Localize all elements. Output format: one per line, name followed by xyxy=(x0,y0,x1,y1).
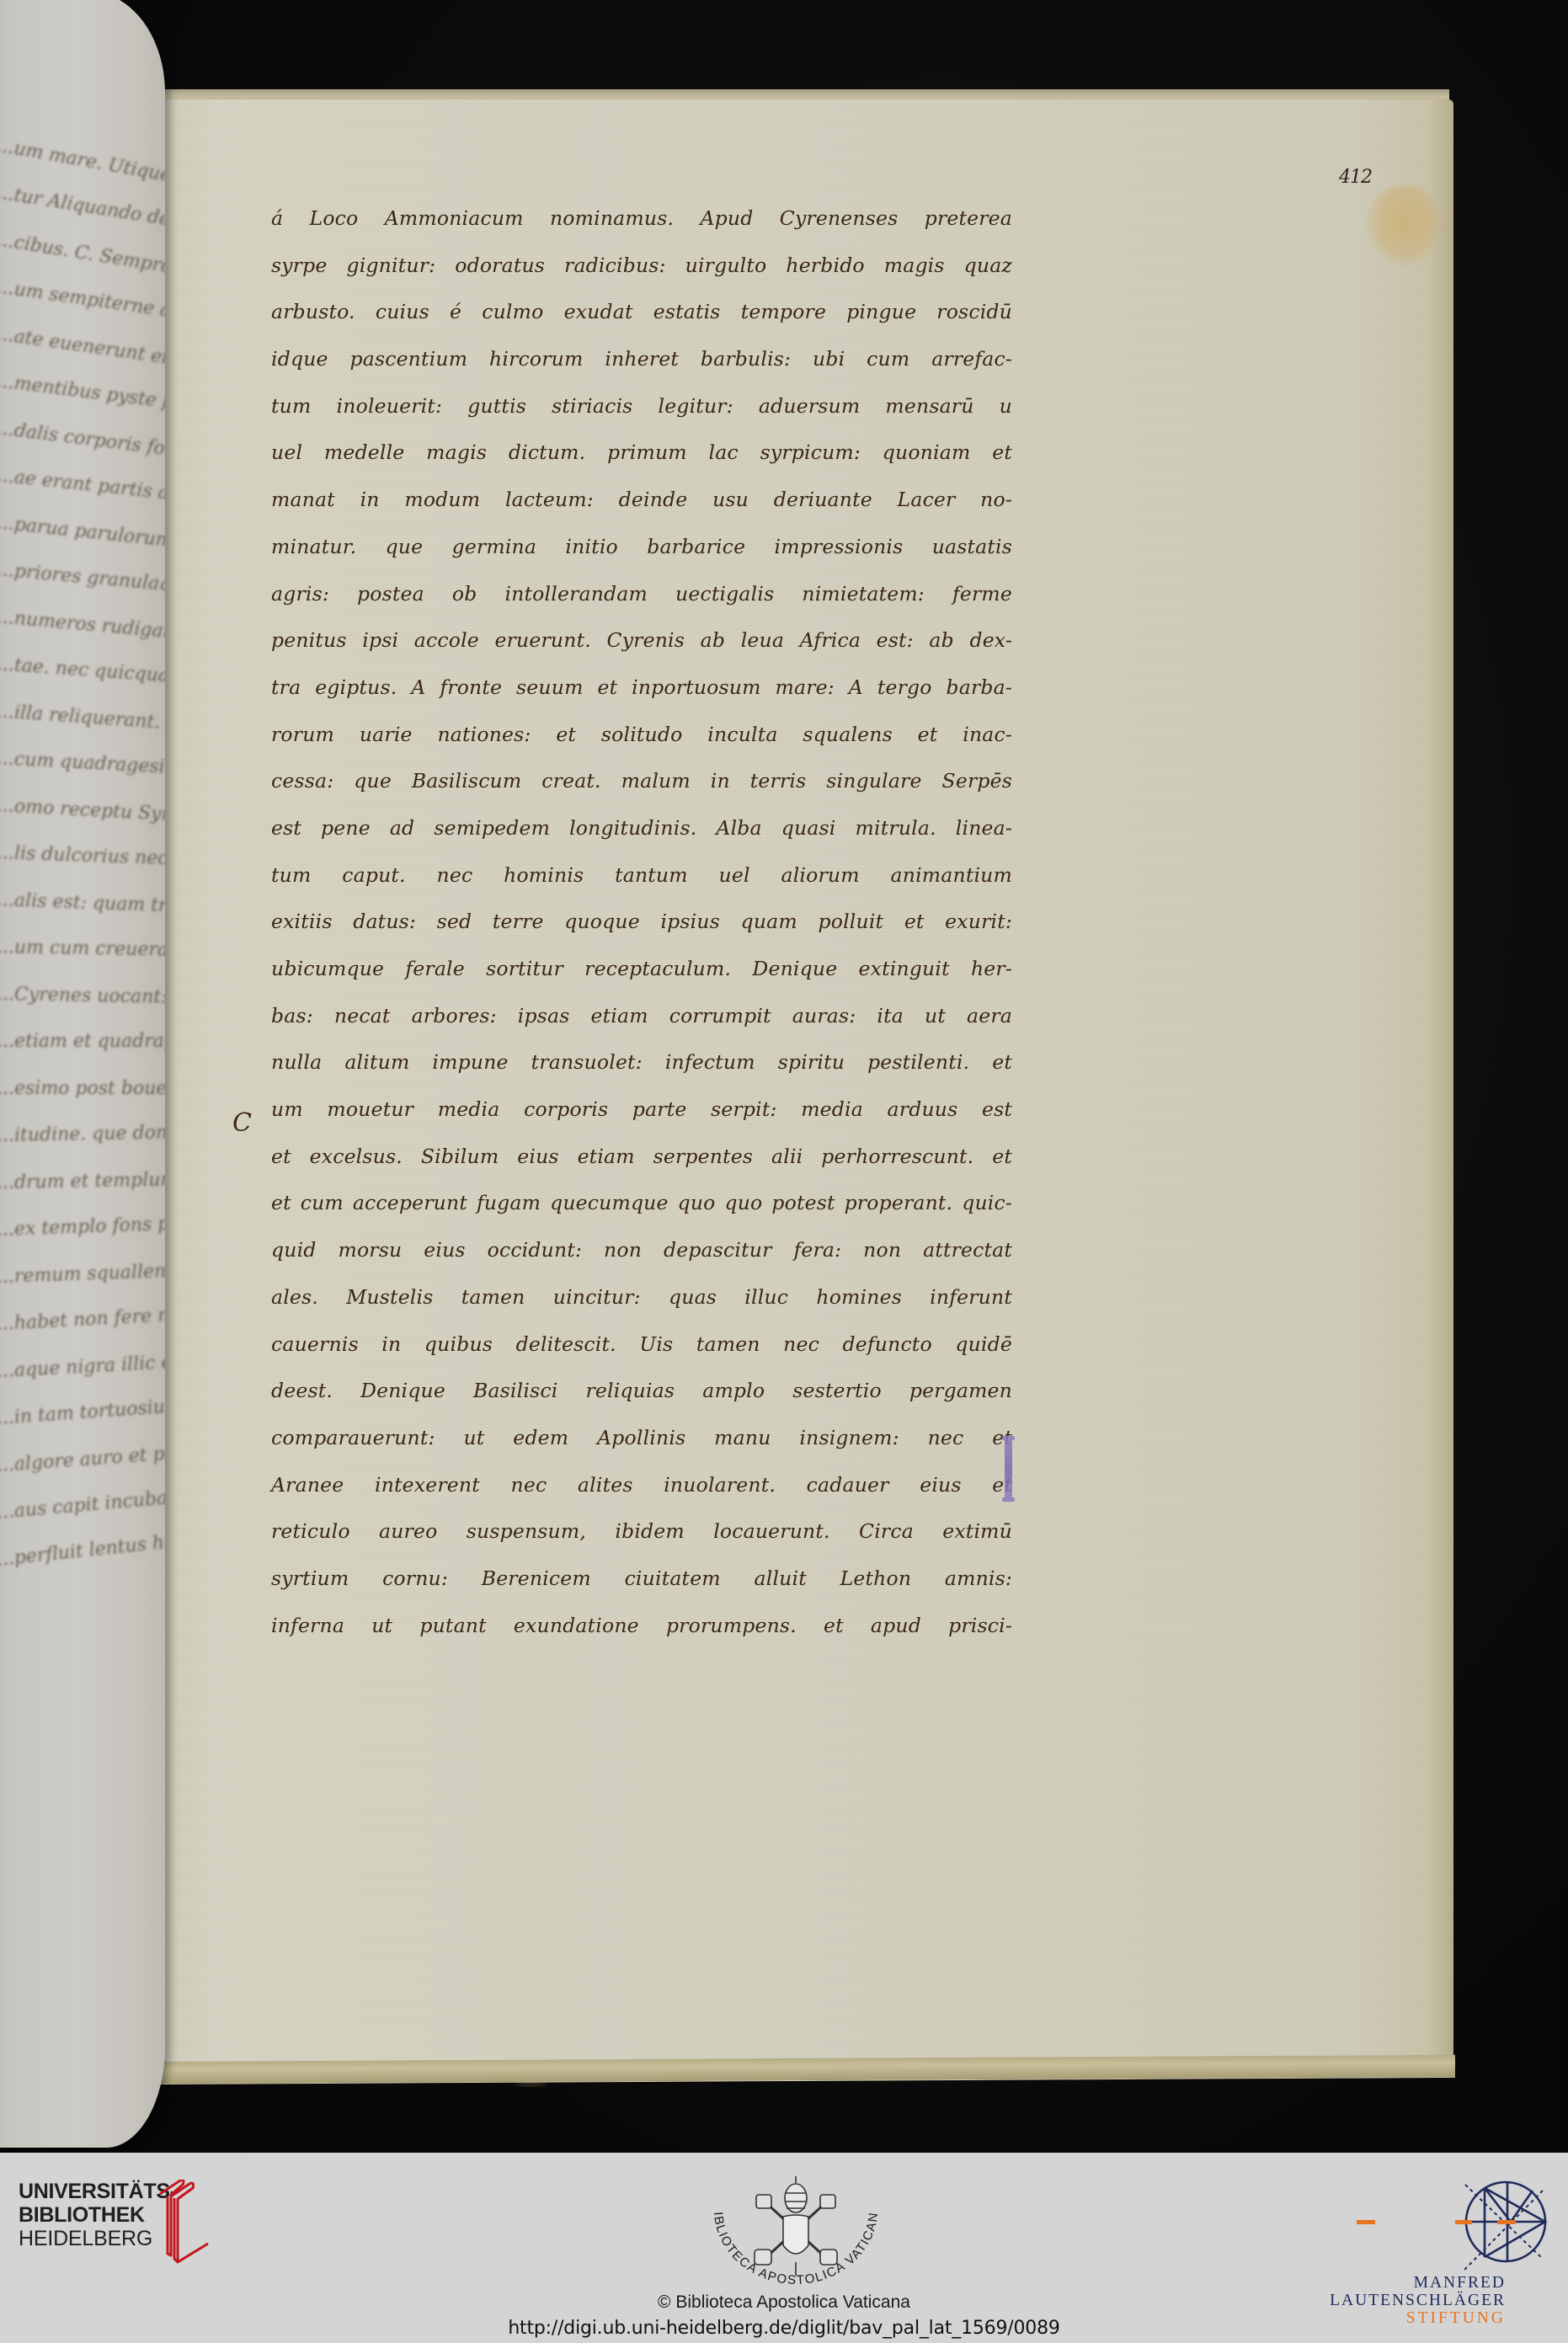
text-line: et cum acceperunt fugam quecumque quo qu… xyxy=(271,1180,1012,1227)
text-line: tum caput. nec hominis tantum uel alioru… xyxy=(271,852,1012,899)
text-line: cessa: que Basiliscum creat. malum in te… xyxy=(271,758,1012,805)
text-line: ales. Mustelis tamen uincitur: quas illu… xyxy=(271,1274,1012,1321)
verso-line: ...Cyrenes uocant: quod Basi... xyxy=(0,971,165,1022)
verso-line: ...ex templo fons propter... xyxy=(0,1200,165,1254)
text-line: idque pascentium hircorum inheret barbul… xyxy=(271,336,1012,383)
text-line: inferna ut putant exundatione prorumpens… xyxy=(271,1603,1012,1650)
mls-logo-line: MANFRED xyxy=(1330,2274,1506,2292)
initial-letter: C xyxy=(232,1108,252,1138)
foxing-stain xyxy=(1366,185,1442,266)
verso-line: ...lis dulcorius nec incertus... xyxy=(0,830,165,883)
text-line: arbusto. cuius é culmo exudat estatis te… xyxy=(271,289,1012,336)
orange-dash-decoration xyxy=(1357,2220,1375,2224)
verso-line: ...habet non fere monstuo... xyxy=(0,1291,165,1348)
text-line: nulla alitum impune transuolet: infectum… xyxy=(271,1039,1012,1086)
verso-line: ...etiam et quadragesimi ru... xyxy=(0,1018,165,1065)
text-line: Aranee intexerent nec alites inuolarent.… xyxy=(271,1462,1012,1509)
text-line: syrtium cornu: Berenicem ciuitatem allui… xyxy=(271,1556,1012,1603)
verso-line: ...itudine. que domus celer... xyxy=(0,1109,165,1160)
text-line: manat in modum lacteum: deinde usu deriu… xyxy=(271,477,1012,524)
text-line: exitiis datus: sed terre quoque ipsius q… xyxy=(271,899,1012,946)
verso-line: ...drum et templum Ammon... xyxy=(0,1156,165,1207)
text-line: et excelsus. Sibilum eius etiam serpente… xyxy=(271,1134,1012,1181)
verso-line: ...esimo post bouem cepom... xyxy=(0,1065,165,1113)
text-line: tum inoleuerit: guttis stiriacis legitur… xyxy=(271,383,1012,430)
verso-line: ...um cum creuerant... xyxy=(0,924,165,974)
lautenschlaeger-foundation-wordmark: MANFRED LAUTENSCHLÄGER STIFTUNG xyxy=(1330,2274,1506,2327)
ub-logo-text: UNIVERSITÄTS- BIBLIOTHEK HEIDELBERG xyxy=(19,2180,177,2250)
text-line: rorum uarie nationes: et solitudo incult… xyxy=(271,712,1012,759)
verso-text-block: ...um mare. Utique gyrat... ...tur Aliqu… xyxy=(0,122,165,1584)
text-line: agris: postea ob intollerandam uectigali… xyxy=(271,571,1012,618)
ub-logo-line: BIBLIOTHEK xyxy=(19,2203,177,2227)
folio-number: 412 xyxy=(1339,167,1372,188)
ub-logo-line: HEIDELBERG xyxy=(19,2227,177,2250)
text-line: quid morsu eius occidunt: non depascitur… xyxy=(271,1227,1012,1274)
text-line: tra egiptus. A fronte seuum et inportuos… xyxy=(271,664,1012,712)
manuscript-text-block: á Loco Ammoniacum nominamus. Apud Cyrene… xyxy=(271,195,1012,1649)
mls-logo-line: LAUTENSCHLÄGER xyxy=(1330,2292,1506,2309)
text-line: est pene ad semipedem longitudinis. Alba… xyxy=(271,805,1012,852)
vatican-library-emblem-icon[interactable]: BIBLIOTECA APOSTOLICA VATICANA xyxy=(699,2170,893,2296)
text-line: comparauerunt: ut edem Apollinis manu in… xyxy=(271,1415,1012,1462)
text-line: deest. Denique Basilisci reliquias amplo… xyxy=(271,1368,1012,1415)
text-line: uel medelle magis dictum. primum lac syr… xyxy=(271,430,1012,477)
manuscript-scan: 412 C á Loco Ammoniacum nominamus. Apud … xyxy=(0,0,1568,2153)
text-line: ubicumque ferale sortitur receptaculum. … xyxy=(271,946,1012,993)
text-line: penitus ipsi accole eruerunt. Cyrenis ab… xyxy=(271,617,1012,664)
verso-line: ...alis est: quam tritum... xyxy=(0,877,165,931)
ub-heidelberg-logo[interactable]: UNIVERSITÄTS- BIBLIOTHEK HEIDELBERG xyxy=(19,2180,177,2250)
ub-book-mark-icon xyxy=(157,2180,216,2264)
text-line: cauernis in quibus delitescit. Uis tamen… xyxy=(271,1321,1012,1369)
verso-page-curl: ...um mare. Utique gyrat... ...tur Aliqu… xyxy=(0,0,165,2148)
text-line: um mouetur media corporis parte serpit: … xyxy=(271,1086,1012,1134)
ub-logo-line: UNIVERSITÄTS- xyxy=(19,2180,177,2203)
text-line: á Loco Ammoniacum nominamus. Apud Cyrene… xyxy=(271,195,1012,243)
text-line: reticulo aureo suspensum, ibidem locauer… xyxy=(271,1508,1012,1556)
mls-logo-line: STIFTUNG xyxy=(1330,2309,1506,2327)
marginal-pencil-mark xyxy=(1005,1436,1012,1502)
text-line: syrpe gignitur: odoratus radicibus: uirg… xyxy=(271,243,1012,290)
text-line: bas: necat arbores: ipsas etiam corrumpi… xyxy=(271,993,1012,1040)
text-line: minatur. que germina initio barbarice im… xyxy=(271,524,1012,571)
